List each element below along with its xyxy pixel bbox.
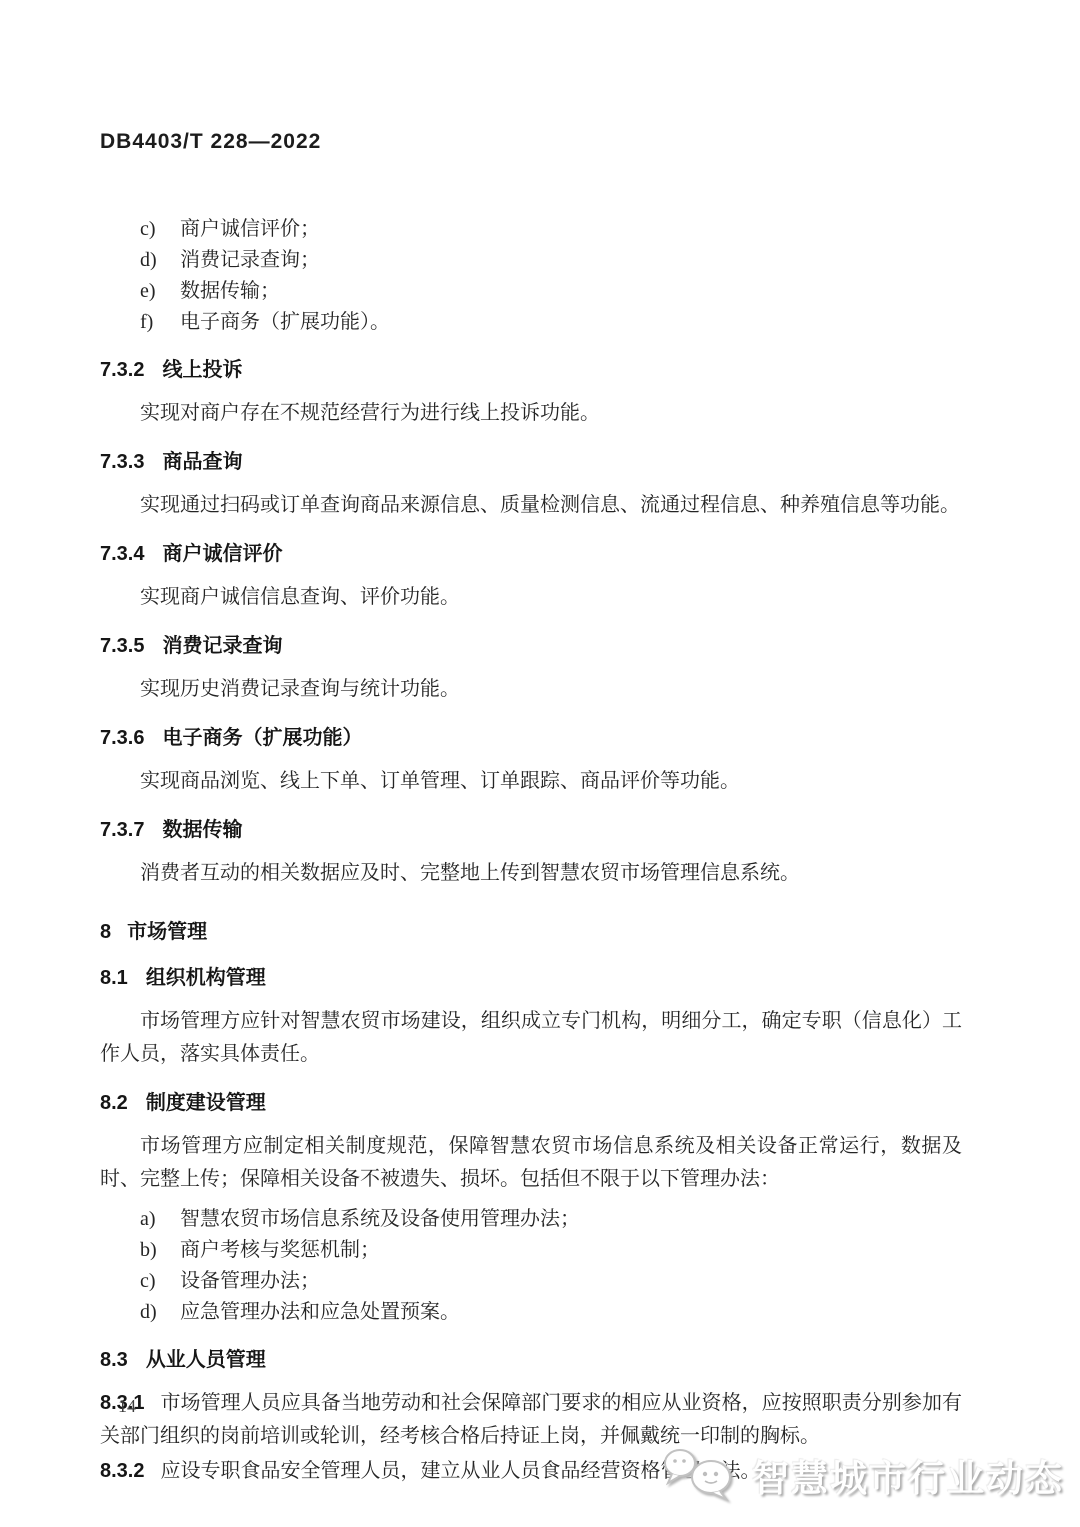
section-number: 7.3.7 [100, 819, 144, 841]
paragraph: 实现商户诚信信息查询、评价功能。 [100, 581, 962, 614]
numbered-paragraph: 8.3.1市场管理人员应具备当地劳动和社会保障部门要求的相应从业资格，应按照职责… [100, 1387, 962, 1453]
paragraph: 实现通过扫码或订单查询商品来源信息、质量检测信息、流通过程信息、种养殖信息等功能… [100, 489, 962, 522]
list-item-label: a) [140, 1204, 180, 1235]
list-item: b)商户考核与奖惩机制； [140, 1235, 962, 1266]
list-item-label: c) [140, 1266, 180, 1297]
clause-text: 市场管理人员应具备当地劳动和社会保障部门要求的相应从业资格，应按照职责分别参加有… [100, 1392, 962, 1447]
list-item-text: 电子商务（扩展功能）。 [180, 311, 390, 333]
section-title: 消费记录查询 [162, 635, 282, 657]
list-item: a)智慧农贸市场信息系统及设备使用管理办法； [140, 1204, 962, 1235]
list-item-label: d) [140, 1297, 180, 1328]
list-item-text: 消费记录查询； [180, 249, 320, 271]
section-heading: 7.3.7数据传输 [100, 817, 962, 844]
paragraph: 实现商品浏览、线上下单、订单管理、订单跟踪、商品评价等功能。 [100, 765, 962, 798]
section-number: 7.3.4 [100, 543, 144, 565]
section-title: 商品查询 [162, 451, 242, 473]
section-title: 线上投诉 [162, 359, 242, 381]
list-item-text: 数据传输； [180, 280, 280, 302]
section-number: 8.3 [100, 1349, 128, 1371]
page-number: 14 [118, 1396, 136, 1417]
standard-number: DB4403/T 228—2022 [100, 130, 321, 153]
section-number: 7.3.2 [100, 359, 144, 381]
list-item: c)设备管理办法； [140, 1266, 962, 1297]
section-title: 组织机构管理 [146, 967, 266, 989]
section-heading: 7.3.6电子商务（扩展功能） [100, 725, 962, 752]
section-heading: 7.3.4商户诚信评价 [100, 541, 962, 568]
list-item-text: 商户考核与奖惩机制； [180, 1239, 380, 1261]
list-item: d)应急管理办法和应急处置预案。 [140, 1297, 962, 1328]
list-item: e)数据传输； [140, 276, 962, 307]
list-item-label: c) [140, 214, 180, 245]
list-item: d)消费记录查询； [140, 245, 962, 276]
paragraph: 市场管理方应针对智慧农贸市场建设，组织成立专门机构，明细分工，确定专职（信息化）… [100, 1005, 962, 1071]
lettered-list: a)智慧农贸市场信息系统及设备使用管理办法；b)商户考核与奖惩机制；c)设备管理… [100, 1204, 962, 1328]
list-item-text: 应急管理办法和应急处置预案。 [180, 1301, 460, 1323]
list-item-text: 智慧农贸市场信息系统及设备使用管理办法； [180, 1208, 580, 1230]
chat-bubbles-icon [658, 1447, 742, 1503]
list-item-text: 商户诚信评价； [180, 218, 320, 240]
section-number: 8.1 [100, 967, 128, 989]
section-title: 商户诚信评价 [162, 543, 282, 565]
section-heading: 8.1组织机构管理 [100, 965, 962, 992]
section-heading: 7.3.2线上投诉 [100, 357, 962, 384]
paragraph: 实现对商户存在不规范经营行为进行线上投诉功能。 [100, 397, 962, 430]
section-title: 电子商务（扩展功能） [162, 727, 362, 749]
list-item: f)电子商务（扩展功能）。 [140, 307, 962, 338]
document-body: c)商户诚信评价；d)消费记录查询；e)数据传输；f)电子商务（扩展功能）。7.… [100, 206, 962, 1488]
section-number: 8.2 [100, 1092, 128, 1114]
section-title: 市场管理 [127, 921, 207, 943]
list-item-label: b) [140, 1235, 180, 1266]
list-item-label: e) [140, 276, 180, 307]
lettered-list: c)商户诚信评价；d)消费记录查询；e)数据传输；f)电子商务（扩展功能）。 [100, 214, 962, 338]
watermark-text: 智慧城市行业动态 [752, 1448, 1064, 1502]
section-title: 数据传输 [162, 819, 242, 841]
section-heading: 7.3.5消费记录查询 [100, 633, 962, 660]
paragraph: 消费者互动的相关数据应及时、完整地上传到智慧农贸市场管理信息系统。 [100, 857, 962, 890]
section-heading: 7.3.3商品查询 [100, 449, 962, 476]
section-heading: 8.3从业人员管理 [100, 1347, 962, 1374]
list-item-label: f) [140, 307, 180, 338]
paragraph: 市场管理方应制定相关制度规范，保障智慧农贸市场信息系统及相关设备正常运行，数据及… [100, 1130, 962, 1196]
section-title: 从业人员管理 [146, 1349, 266, 1371]
section-number: 7.3.6 [100, 727, 144, 749]
section-number: 7.3.5 [100, 635, 144, 657]
list-item-label: d) [140, 245, 180, 276]
clause-number: 8.3.2 [100, 1460, 144, 1482]
section-heading: 8.2制度建设管理 [100, 1090, 962, 1117]
list-item-text: 设备管理办法； [180, 1270, 320, 1292]
paragraph: 实现历史消费记录查询与统计功能。 [100, 673, 962, 706]
document-page: DB4403/T 228—2022 c)商户诚信评价；d)消费记录查询；e)数据… [0, 0, 1080, 1527]
section-number: 8 [100, 921, 111, 943]
list-item: c)商户诚信评价； [140, 214, 962, 245]
section-title: 制度建设管理 [146, 1092, 266, 1114]
document-header: DB4403/T 228—2022 [100, 130, 321, 154]
section-number: 7.3.3 [100, 451, 144, 473]
chapter-heading: 8市场管理 [100, 918, 962, 946]
watermark: 智慧城市行业动态 [658, 1447, 1064, 1503]
